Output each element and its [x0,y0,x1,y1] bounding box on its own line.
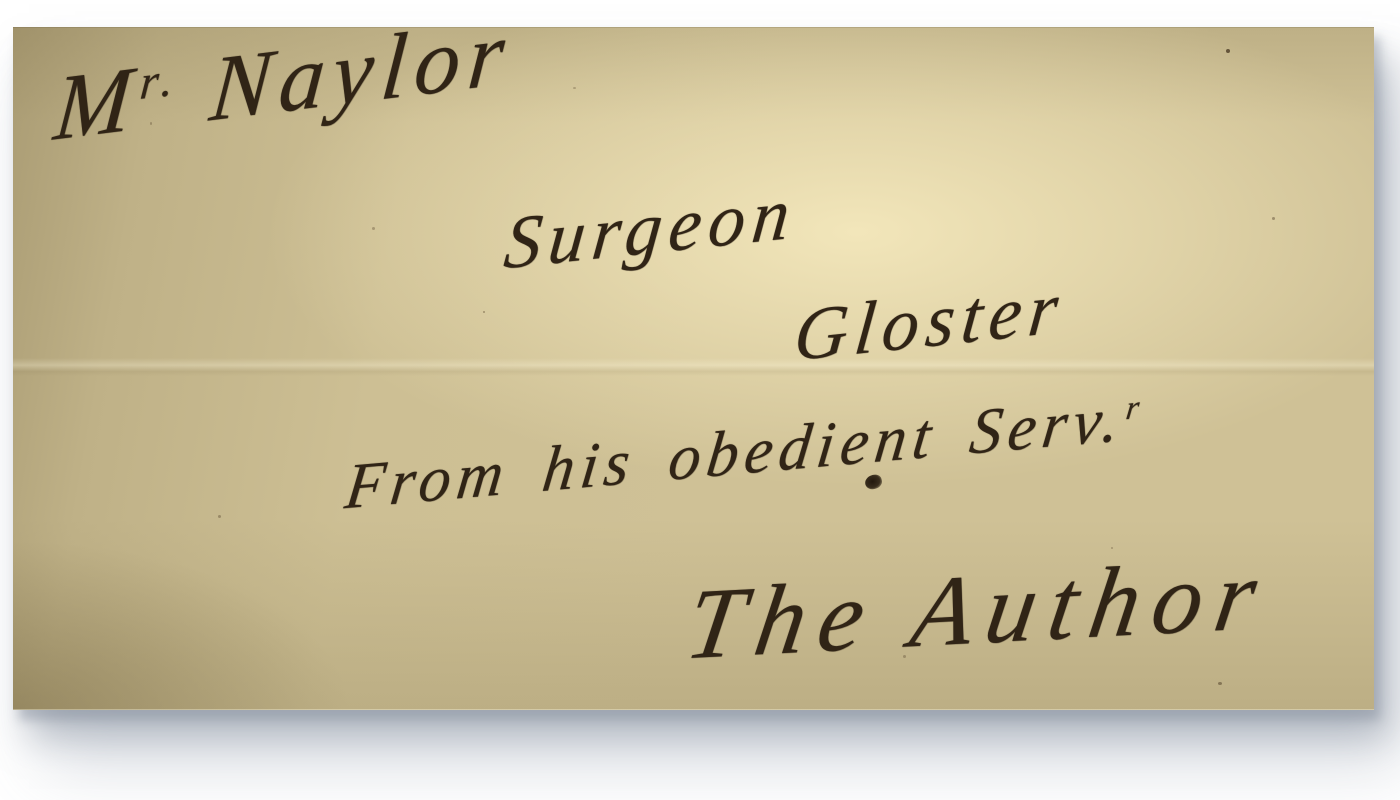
paper-speck [1218,682,1222,685]
page-background: Mr. Naylor Surgeon Gloster From his obed… [0,0,1400,800]
paper-speck [1272,217,1275,220]
recipient-prefix: M [50,46,143,160]
paper-crease [13,358,1374,376]
paper-speck [1226,49,1230,53]
inscription-line-place: Gloster [791,270,1068,374]
dedication-superscript: r [1124,390,1147,425]
inscription-line-profession: Surgeon [501,176,800,282]
recipient-superscript: r. [138,54,183,108]
inscription-line-recipient: Mr. Naylor [51,5,516,155]
paper-speck [483,311,485,313]
inscription-line-signature: The Author [680,544,1276,675]
inscription-line-dedication: From his obedient Serv.r [342,385,1148,520]
paper-speck [573,87,576,89]
paper-speck [372,227,375,230]
paper-speck [218,515,221,518]
inscription-photo: Mr. Naylor Surgeon Gloster From his obed… [13,27,1374,710]
recipient-name: Naylor [206,0,516,141]
dedication-text: From his obedient Serv. [342,382,1130,522]
